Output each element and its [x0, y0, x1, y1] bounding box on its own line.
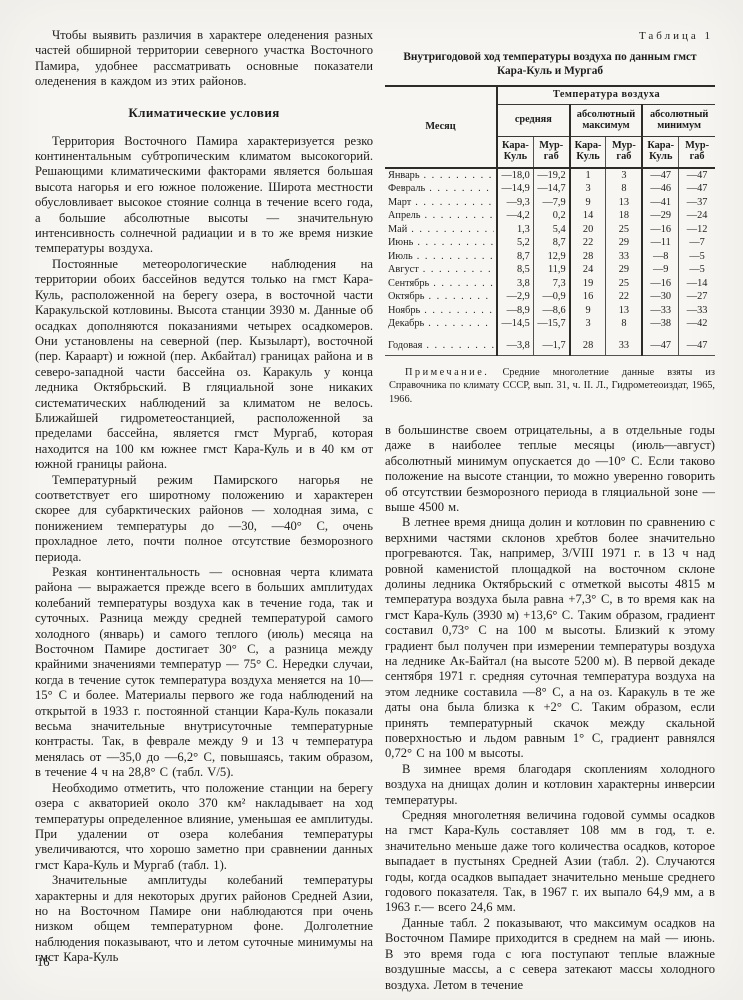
value-cell: 8	[606, 317, 642, 331]
paragraph: Данные табл. 2 показывают, что максимум …	[385, 916, 715, 993]
value-cell: 3	[606, 168, 642, 183]
value-cell: —8	[642, 250, 678, 264]
value-cell: —29	[642, 209, 678, 223]
value-cell: —38	[642, 317, 678, 331]
dot-leader	[407, 224, 494, 236]
subgroup-header-abs-min: абсолютный минимум	[642, 104, 715, 136]
value-cell: 29	[606, 236, 642, 250]
month-cell: Декабрь	[385, 317, 497, 331]
month-cell: Октябрь	[385, 290, 497, 304]
dot-leader	[420, 305, 494, 317]
table-row: Октябрь —2,9 —0,9 16 22 —30 —27	[385, 290, 715, 304]
value-cell: —7,9	[533, 196, 569, 210]
value-cell: —14,5	[497, 317, 533, 331]
value-cell: —1,7	[533, 331, 569, 356]
book-page: Чтобы выявить различия в характере оледе…	[0, 0, 743, 1000]
table-row: Апрель —4,2 0,2 14 18 —29 —24	[385, 209, 715, 223]
value-cell: 8,5	[497, 263, 533, 277]
table-header: Месяц Температура воздуха средняя абсолю…	[385, 86, 715, 168]
station-header-murgab: Мур-габ	[533, 136, 569, 168]
value-cell: 3	[570, 317, 606, 331]
paragraph: Необходимо отметить, что положение станц…	[35, 781, 373, 873]
value-cell: 9	[570, 304, 606, 318]
paragraph: В летнее время днища долин и котловин по…	[385, 515, 715, 762]
value-cell: 3,8	[497, 277, 533, 291]
dot-leader	[425, 291, 495, 303]
station-header-karakul: Кара-Куль	[570, 136, 606, 168]
value-cell: —19,2	[533, 168, 569, 183]
value-cell: 19	[570, 277, 606, 291]
value-cell: —46	[642, 182, 678, 196]
page-number: 16	[37, 955, 50, 970]
month-name: Январь	[387, 170, 420, 182]
table-footer: Годовая —3,8 —1,7 28 33 —47 —47	[385, 331, 715, 356]
paragraph: Чтобы выявить различия в характере оледе…	[35, 28, 373, 90]
dot-leader	[413, 251, 494, 263]
value-cell: 33	[606, 250, 642, 264]
month-cell: Март	[385, 196, 497, 210]
value-cell: —33	[642, 304, 678, 318]
value-cell: —5	[679, 263, 715, 277]
value-cell: 1	[570, 168, 606, 183]
value-cell: —2,9	[497, 290, 533, 304]
value-cell: —47	[679, 331, 715, 356]
dot-leader	[425, 183, 494, 195]
month-name: Ноябрь	[387, 305, 420, 317]
value-cell: 11,9	[533, 263, 569, 277]
column-header-temperature: Температура воздуха	[497, 86, 715, 104]
table-row: Июнь 5,2 8,7 22 29 —11 —7	[385, 236, 715, 250]
left-column: Чтобы выявить различия в характере оледе…	[35, 28, 373, 993]
value-cell: —47	[679, 168, 715, 183]
month-name: Апрель	[387, 210, 421, 222]
value-cell: 25	[606, 277, 642, 291]
month-cell: Апрель	[385, 209, 497, 223]
dot-leader	[429, 278, 494, 290]
paragraph: Средняя многолетняя величина годовой сум…	[385, 808, 715, 916]
value-cell: 9	[570, 196, 606, 210]
month-cell: Июль	[385, 250, 497, 264]
month-name: Сентябрь	[387, 278, 429, 290]
table-row: Август 8,5 11,9 24 29 —9 —5	[385, 263, 715, 277]
value-cell: —27	[679, 290, 715, 304]
table-row: Март —9,3 —7,9 9 13 —41 —37	[385, 196, 715, 210]
value-cell: 16	[570, 290, 606, 304]
month-cell: Май	[385, 223, 497, 237]
value-cell: 1,3	[497, 223, 533, 237]
table-row: Январь —18,0 —19,2 1 3 —47 —47	[385, 168, 715, 183]
month-name: Июнь	[387, 237, 413, 249]
value-cell: —37	[679, 196, 715, 210]
value-cell: —0,9	[533, 290, 569, 304]
value-cell: 24	[570, 263, 606, 277]
paragraph: В зимнее время благодаря скоплениям холо…	[385, 762, 715, 808]
month-name: Февраль	[387, 183, 425, 195]
value-cell: —8,9	[497, 304, 533, 318]
table-row: Май 1,3 5,4 20 25 —16 —12	[385, 223, 715, 237]
table-title: Внутригодовой ход температуры воздуха по…	[391, 50, 709, 78]
value-cell: —47	[642, 168, 678, 183]
value-cell: —14,9	[497, 182, 533, 196]
value-cell: 14	[570, 209, 606, 223]
value-cell: —24	[679, 209, 715, 223]
station-header-karakul: Кара-Куль	[642, 136, 678, 168]
value-cell: —3,8	[497, 331, 533, 356]
value-cell: —4,2	[497, 209, 533, 223]
value-cell: —16	[642, 223, 678, 237]
value-cell: —14	[679, 277, 715, 291]
note-label: Примечание.	[405, 367, 489, 378]
table-body: Январь —18,0 —19,2 1 3 —47 —47	[385, 168, 715, 331]
month-name: Май	[387, 224, 407, 236]
month-name: Декабрь	[387, 318, 424, 330]
value-cell: —9,3	[497, 196, 533, 210]
value-cell: —16	[642, 277, 678, 291]
table-label: Таблица 1	[385, 30, 713, 42]
value-cell: —42	[679, 317, 715, 331]
month-name: Март	[387, 197, 411, 209]
value-cell: —15,7	[533, 317, 569, 331]
month-cell: Январь	[385, 168, 497, 183]
month-name: Октябрь	[387, 291, 425, 303]
value-cell: 12,9	[533, 250, 569, 264]
month-cell: Июнь	[385, 236, 497, 250]
table-row: Ноябрь —8,9 —8,6 9 13 —33 —33	[385, 304, 715, 318]
month-name: Июль	[387, 251, 413, 263]
month-cell: Годовая	[385, 331, 497, 356]
month-name: Август	[387, 264, 419, 276]
value-cell: —47	[642, 331, 678, 356]
value-cell: —30	[642, 290, 678, 304]
dot-leader	[420, 170, 494, 182]
dot-leader	[424, 318, 494, 330]
month-name: Годовая	[387, 340, 422, 352]
value-cell: 29	[606, 263, 642, 277]
month-cell: Сентябрь	[385, 277, 497, 291]
value-cell: —8,6	[533, 304, 569, 318]
station-header-karakul: Кара-Куль	[497, 136, 533, 168]
right-paragraphs: В летнее время днища долин и котловин по…	[385, 515, 715, 993]
left-paragraphs: Территория Восточного Памира характеризу…	[35, 134, 373, 966]
station-header-murgab: Мур-габ	[679, 136, 715, 168]
dot-leader	[419, 264, 494, 276]
value-cell: 25	[606, 223, 642, 237]
subgroup-header-mean: средняя	[497, 104, 570, 136]
value-cell: —47	[679, 182, 715, 196]
month-cell: Август	[385, 263, 497, 277]
station-header-murgab: Мур-габ	[606, 136, 642, 168]
value-cell: 22	[570, 236, 606, 250]
total-row: Годовая —3,8 —1,7 28 33 —47 —47	[385, 331, 715, 356]
value-cell: —18,0	[497, 168, 533, 183]
value-cell: —5	[679, 250, 715, 264]
paragraph: Территория Восточного Памира характеризу…	[35, 134, 373, 257]
value-cell: —9	[642, 263, 678, 277]
value-cell: 8,7	[533, 236, 569, 250]
climate-table: Месяц Температура воздуха средняя абсолю…	[385, 85, 715, 356]
value-cell: —33	[679, 304, 715, 318]
value-cell: —41	[642, 196, 678, 210]
value-cell: 28	[570, 250, 606, 264]
dot-leader	[411, 197, 494, 209]
table-row: Декабрь —14,5 —15,7 3 8 —38 —42	[385, 317, 715, 331]
dot-leader	[413, 237, 494, 249]
month-cell: Ноябрь	[385, 304, 497, 318]
value-cell: —12	[679, 223, 715, 237]
table-row: Февраль —14,9 —14,7 3 8 —46 —47	[385, 182, 715, 196]
paragraph: Резкая континентальность — основная черт…	[35, 565, 373, 781]
dot-leader	[422, 340, 494, 352]
table-row: Июль 8,7 12,9 28 33 —8 —5	[385, 250, 715, 264]
paragraph: в большинстве своем отрицательны, а в от…	[385, 423, 715, 515]
subgroup-header-abs-max: абсолютный максимум	[570, 104, 643, 136]
value-cell: 3	[570, 182, 606, 196]
paragraph: Температурный режим Памирского нагорья н…	[35, 473, 373, 565]
dot-leader	[421, 210, 495, 222]
column-header-month: Месяц	[385, 86, 497, 168]
value-cell: —11	[642, 236, 678, 250]
value-cell: 7,3	[533, 277, 569, 291]
value-cell: 20	[570, 223, 606, 237]
table-note: Примечание. Средние многолетние данные в…	[389, 366, 715, 406]
value-cell: 33	[606, 331, 642, 356]
value-cell: 13	[606, 304, 642, 318]
value-cell: —14,7	[533, 182, 569, 196]
value-cell: 28	[570, 331, 606, 356]
table-row: Сентябрь 3,8 7,3 19 25 —16 —14	[385, 277, 715, 291]
right-column-text: в большинстве своем отрицательны, а в от…	[385, 423, 715, 993]
value-cell: 8,7	[497, 250, 533, 264]
value-cell: 8	[606, 182, 642, 196]
paragraph: Значительные амплитуды колебаний темпера…	[35, 873, 373, 965]
right-column: Таблица 1 Внутригодовой ход температуры …	[385, 28, 715, 993]
value-cell: —7	[679, 236, 715, 250]
paragraph: Постоянные метеорологические наблюдения …	[35, 257, 373, 473]
value-cell: 18	[606, 209, 642, 223]
two-column-layout: Чтобы выявить различия в характере оледе…	[0, 0, 743, 993]
value-cell: 5,2	[497, 236, 533, 250]
value-cell: 22	[606, 290, 642, 304]
value-cell: 0,2	[533, 209, 569, 223]
value-cell: 13	[606, 196, 642, 210]
section-heading: Климатические условия	[35, 105, 373, 121]
value-cell: 5,4	[533, 223, 569, 237]
month-cell: Февраль	[385, 182, 497, 196]
